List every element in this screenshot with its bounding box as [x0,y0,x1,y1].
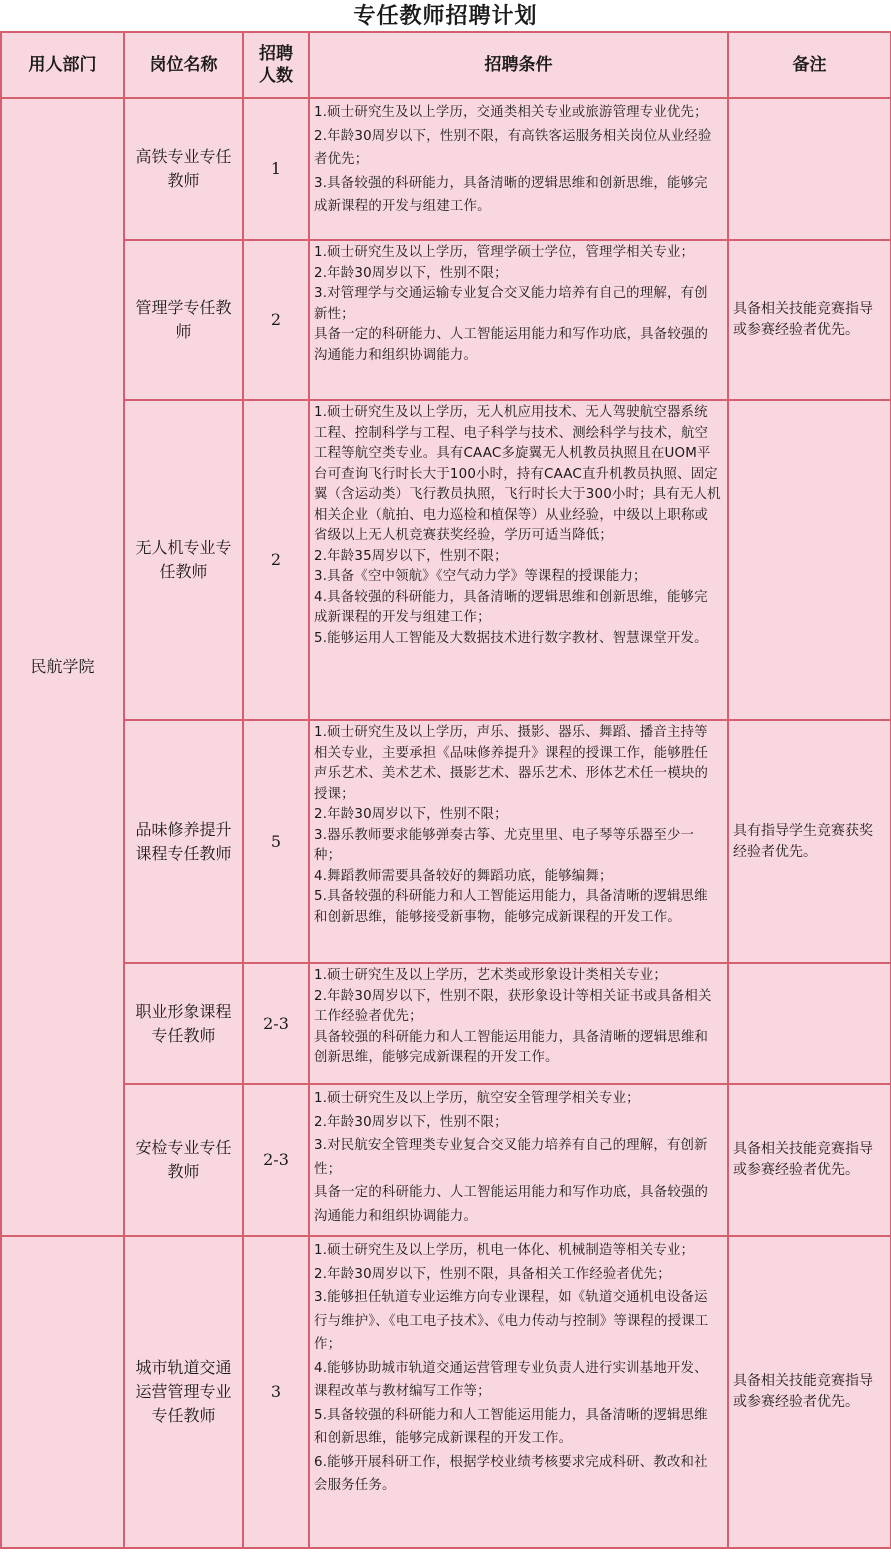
count-cell: 2 [243,240,309,400]
requirement-line: 1.硕士研究生及以上学历，艺术类或形象设计类相关专业； [314,966,721,987]
count-cell: 5 [243,720,309,963]
requirement-line: 2.年龄30周岁以下，性别不限； [314,805,721,826]
table-row: 职业形象课程专任教师 2-3 1.硕士研究生及以上学历，艺术类或形象设计类相关专… [1,963,891,1084]
requirement-line: 3.具备《空中领航》《空气动力学》等课程的授课能力； [314,567,721,588]
page-title: 专任教师招聘计划 [0,2,891,30]
requirement-line: 1.硕士研究生及以上学历，交通类相关专业或旅游管理专业优先； [314,101,721,125]
header-position: 岗位名称 [124,32,243,98]
table-row: 安检专业专任教师 2-3 1.硕士研究生及以上学历，航空安全管理学相关专业； 2… [1,1084,891,1236]
department-cell: 民航学院 [1,98,124,1236]
requirement-line: 具备一定的科研能力、人工智能运用能力和写作功底，具备较强的沟通能力和组织协调能力… [314,325,721,366]
requirements-cell: 1.硕士研究生及以上学历，交通类相关专业或旅游管理专业优先； 2.年龄30周岁以… [309,98,728,240]
header-count: 招聘人数 [243,32,309,98]
table-row: 城市轨道交通运营管理专业专任教师 3 1.硕士研究生及以上学历，机电一体化、机械… [1,1236,891,1548]
requirement-line: 4.舞蹈教师需要具备较好的舞蹈功底，能够编舞； [314,867,721,888]
header-count-label: 招聘人数 [256,43,296,87]
note-cell: 具备相关技能竞赛指导或参赛经验者优先。 [728,1236,891,1548]
requirement-line: 5.具备较强的科研能力和人工智能运用能力，具备清晰的逻辑思维和创新思维，能够接受… [314,887,721,928]
position-cell: 城市轨道交通运营管理专业专任教师 [124,1236,243,1548]
requirements-cell: 1.硕士研究生及以上学历，声乐、摄影、器乐、舞蹈、播音主持等相关专业，主要承担《… [309,720,728,963]
requirements-cell: 1.硕士研究生及以上学历，航空安全管理学相关专业； 2.年龄30周岁以下，性别不… [309,1084,728,1236]
table-row: 品味修养提升课程专任教师 5 1.硕士研究生及以上学历，声乐、摄影、器乐、舞蹈、… [1,720,891,963]
requirement-line: 2.年龄30周岁以下，性别不限，具备相关工作经验者优先； [314,1263,721,1287]
requirement-line: 4.具备较强的科研能力，具备清晰的逻辑思维和创新思维，能够完成新课程的开发与组建… [314,588,721,629]
requirements-cell: 1.硕士研究生及以上学历，管理学硕士学位，管理学相关专业； 2.年龄30周岁以下… [309,240,728,400]
table-row: 民航学院 高铁专业专任教师 1 1.硕士研究生及以上学历，交通类相关专业或旅游管… [1,98,891,240]
requirement-line: 2.年龄30周岁以下，性别不限； [314,1111,721,1135]
requirements-cell: 1.硕士研究生及以上学历，机电一体化、机械制造等相关专业； 2.年龄30周岁以下… [309,1236,728,1548]
requirement-line: 5.具备较强的科研能力和人工智能运用能力，具备清晰的逻辑思维和创新思维，能够完成… [314,1404,721,1451]
note-cell: 具有指导学生竞赛获奖经验者优先。 [728,720,891,963]
requirement-line: 1.硕士研究生及以上学历，机电一体化、机械制造等相关专业； [314,1239,721,1263]
table-header-row: 用人部门 岗位名称 招聘人数 招聘条件 备注 [1,32,891,98]
header-requirements: 招聘条件 [309,32,728,98]
requirement-line: 2.年龄30周岁以下，性别不限； [314,264,721,285]
note-cell [728,963,891,1084]
requirement-line: 3.能够担任轨道专业运维方向专业课程，如《轨道交通机电设备运行与维护》、《电工电… [314,1286,721,1357]
note-cell [728,400,891,720]
department-cell [1,1236,124,1548]
recruitment-table: 用人部门 岗位名称 招聘人数 招聘条件 备注 民航学院 高铁专业专任教师 1 1… [0,31,891,1549]
requirement-line: 4.能够协助城市轨道交通运营管理专业负责人进行实训基地开发、课程改革与教材编写工… [314,1357,721,1404]
requirement-line: 6.能够开展科研工作，根据学校业绩考核要求完成科研、教改和社会服务任务。 [314,1451,721,1498]
requirement-line: 3.器乐教师要求能够弹奏古筝、尤克里里、电子琴等乐器至少一种； [314,826,721,867]
requirement-line: 3.对民航安全管理类专业复合交叉能力培养有自己的理解，有创新性； [314,1134,721,1181]
position-cell: 安检专业专任教师 [124,1084,243,1236]
requirement-line: 3.具备较强的科研能力，具备清晰的逻辑思维和创新思维，能够完成新课程的开发与组建… [314,172,721,219]
requirement-line: 具备较强的科研能力和人工智能运用能力，具备清晰的逻辑思维和创新思维，能够完成新课… [314,1028,721,1069]
count-cell: 2-3 [243,1084,309,1236]
note-cell: 具备相关技能竞赛指导或参赛经验者优先。 [728,1084,891,1236]
header-notes: 备注 [728,32,891,98]
note-cell [728,98,891,240]
position-cell: 职业形象课程专任教师 [124,963,243,1084]
requirement-line: 1.硕士研究生及以上学历，管理学硕士学位，管理学相关专业； [314,243,721,264]
note-cell: 具备相关技能竞赛指导或参赛经验者优先。 [728,240,891,400]
requirement-line: 2.年龄30周岁以下，性别不限，有高铁客运服务相关岗位从业经验者优先； [314,125,721,172]
requirement-line: 5.能够运用人工智能及大数据技术进行数字教材、智慧课堂开发。 [314,629,721,650]
count-cell: 1 [243,98,309,240]
count-cell: 3 [243,1236,309,1548]
position-cell: 无人机专业专任教师 [124,400,243,720]
count-cell: 2 [243,400,309,720]
position-cell: 品味修养提升课程专任教师 [124,720,243,963]
requirement-line: 2.年龄30周岁以下，性别不限，获形象设计等相关证书或具备相关工作经验者优先； [314,987,721,1028]
requirement-line: 1.硕士研究生及以上学历，无人机应用技术、无人驾驶航空器系统工程、控制科学与工程… [314,403,721,547]
requirement-line: 1.硕士研究生及以上学历，声乐、摄影、器乐、舞蹈、播音主持等相关专业，主要承担《… [314,723,721,805]
header-department: 用人部门 [1,32,124,98]
requirements-cell: 1.硕士研究生及以上学历，艺术类或形象设计类相关专业； 2.年龄30周岁以下，性… [309,963,728,1084]
table-row: 无人机专业专任教师 2 1.硕士研究生及以上学历，无人机应用技术、无人驾驶航空器… [1,400,891,720]
requirement-line: 3.对管理学与交通运输专业复合交叉能力培养有自己的理解，有创新性； [314,284,721,325]
table-row: 管理学专任教师 2 1.硕士研究生及以上学历，管理学硕士学位，管理学相关专业； … [1,240,891,400]
requirement-line: 2.年龄35周岁以下，性别不限； [314,547,721,568]
position-cell: 高铁专业专任教师 [124,98,243,240]
count-cell: 2-3 [243,963,309,1084]
requirement-line: 具备一定的科研能力、人工智能运用能力和写作功底，具备较强的沟通能力和组织协调能力… [314,1181,721,1228]
position-cell: 管理学专任教师 [124,240,243,400]
requirements-cell: 1.硕士研究生及以上学历，无人机应用技术、无人驾驶航空器系统工程、控制科学与工程… [309,400,728,720]
requirement-line: 1.硕士研究生及以上学历，航空安全管理学相关专业； [314,1087,721,1111]
